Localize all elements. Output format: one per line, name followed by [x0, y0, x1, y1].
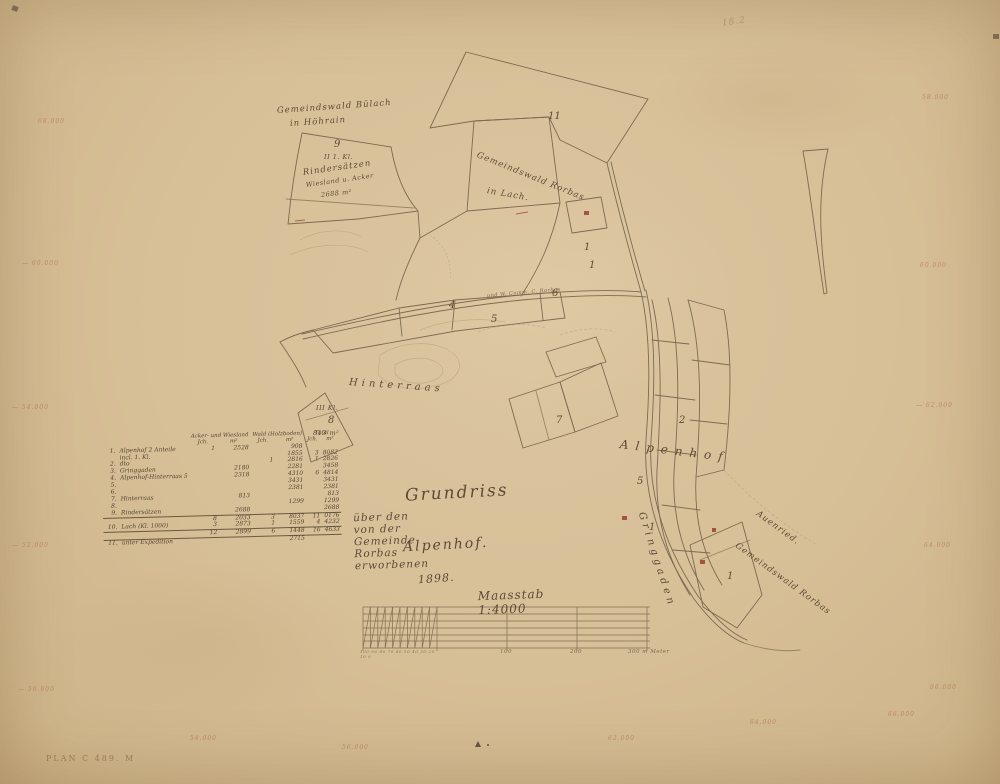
table-cell	[219, 537, 253, 545]
parcel-8-number: 8	[328, 415, 334, 426]
grid-coordinate-label: 66.000	[888, 711, 915, 718]
grid-coordinate-label: 56.000	[342, 744, 369, 751]
grid-coordinate-label: — 52.000	[12, 542, 49, 549]
grid-coordinate-label: 64.000	[750, 719, 777, 726]
grid-coordinate-label: 60.000	[920, 262, 947, 269]
table-cell: 16	[307, 527, 323, 535]
parcel-7-number: 7	[556, 415, 562, 426]
scale-label: Maasstab 1:4000	[478, 587, 546, 617]
table-cell: 4633	[323, 527, 342, 535]
grid-coordinate-label: 58.000	[922, 94, 949, 101]
table-cell: 2528	[217, 445, 251, 453]
parcel-1-number: 1	[584, 242, 590, 253]
table-cell: 9.	[103, 510, 119, 518]
table-cell: 11.	[104, 540, 120, 548]
archive-plan-number: PLAN C 489. M	[46, 754, 135, 763]
parcel-9-number: 9	[334, 139, 340, 150]
parcel-1d-number: 1	[727, 571, 733, 582]
grid-coordinate-label: — 60.000	[22, 260, 59, 267]
parcel-1c-number: 1	[649, 522, 655, 533]
scale-major-label: 300 m Meter	[628, 649, 670, 655]
map-sheet: Gemeindswald Bülachin Höhrain9II 1. Kl.R…	[0, 0, 1000, 784]
parcel-5b-number: 5	[637, 476, 643, 487]
parcel-2-number: 2	[679, 415, 685, 426]
scale-major-label: 200	[570, 649, 582, 655]
parcel-5-number: 5	[491, 314, 497, 325]
grid-coordinate-label: 62.000	[608, 735, 635, 742]
map-year: 1898.	[418, 571, 455, 587]
table-cell: 2318	[218, 472, 252, 480]
grid-coordinate-label: 66.000	[930, 684, 957, 691]
scale-major-label: 100	[500, 649, 512, 655]
grid-coordinate-label: — 50.000	[18, 686, 55, 693]
table-cell	[323, 534, 342, 542]
grid-coordinate-label: 68.000	[38, 118, 65, 125]
scale-subdivision-ticks: 100 90 80 70 60 50 40 30 20 10 0	[360, 649, 440, 659]
parcel-area-table: Acker- und WieslandWald (Holzboden)Total…	[101, 430, 342, 548]
parcel-4-number: 4	[449, 300, 455, 311]
grid-coordinate-label: 54.000	[190, 735, 217, 742]
table-cell: 2899	[219, 529, 253, 538]
parcel-1b-number: 1	[589, 260, 595, 271]
table-cell	[307, 535, 323, 543]
parcel-11-number: 11	[548, 111, 561, 122]
table-cell: 10.	[103, 525, 119, 533]
parcel-9-class: II 1. Kl.	[324, 153, 353, 161]
parcel-8-class: III Kl.	[316, 404, 338, 412]
map-linework	[0, 0, 1000, 784]
table-cell: 2715	[277, 535, 307, 543]
grid-coordinate-label: 64.000	[924, 542, 951, 549]
table-cell: 2381	[276, 485, 306, 493]
table-cell	[191, 538, 219, 546]
table-cell: 1299	[276, 498, 306, 506]
table-cell	[253, 536, 278, 544]
grid-coordinate-label: — 62.000	[916, 402, 953, 409]
table-cell: 1.	[101, 448, 117, 455]
grid-coordinate-label: — 54.000	[12, 404, 49, 411]
